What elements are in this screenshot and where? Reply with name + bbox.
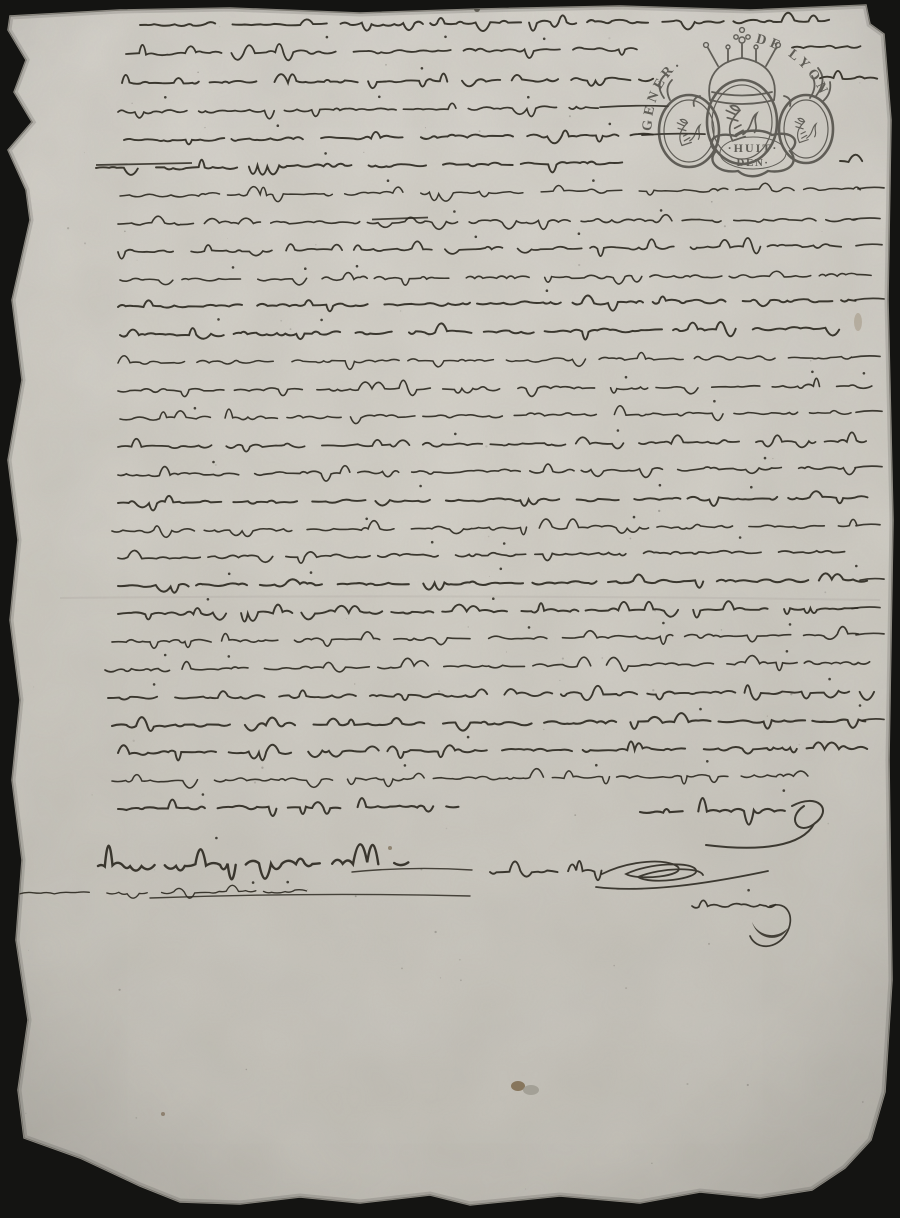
stain-spot <box>511 1081 525 1091</box>
stamp-value-line2: DEN· <box>737 157 770 169</box>
paper-surface: ·HUIT·DEN·GENER.DE LYON <box>0 0 900 1218</box>
manuscript-page: ·HUIT·DEN·GENER.DE LYON <box>0 0 900 1218</box>
stain-spot <box>523 1085 539 1095</box>
stain-spot <box>388 846 392 850</box>
stain-spot <box>161 1112 165 1116</box>
scan-background: ·HUIT·DEN·GENER.DE LYON <box>0 0 900 1218</box>
stamp-value-line1: ·HUIT· <box>728 141 779 155</box>
stain-spot <box>854 313 862 331</box>
